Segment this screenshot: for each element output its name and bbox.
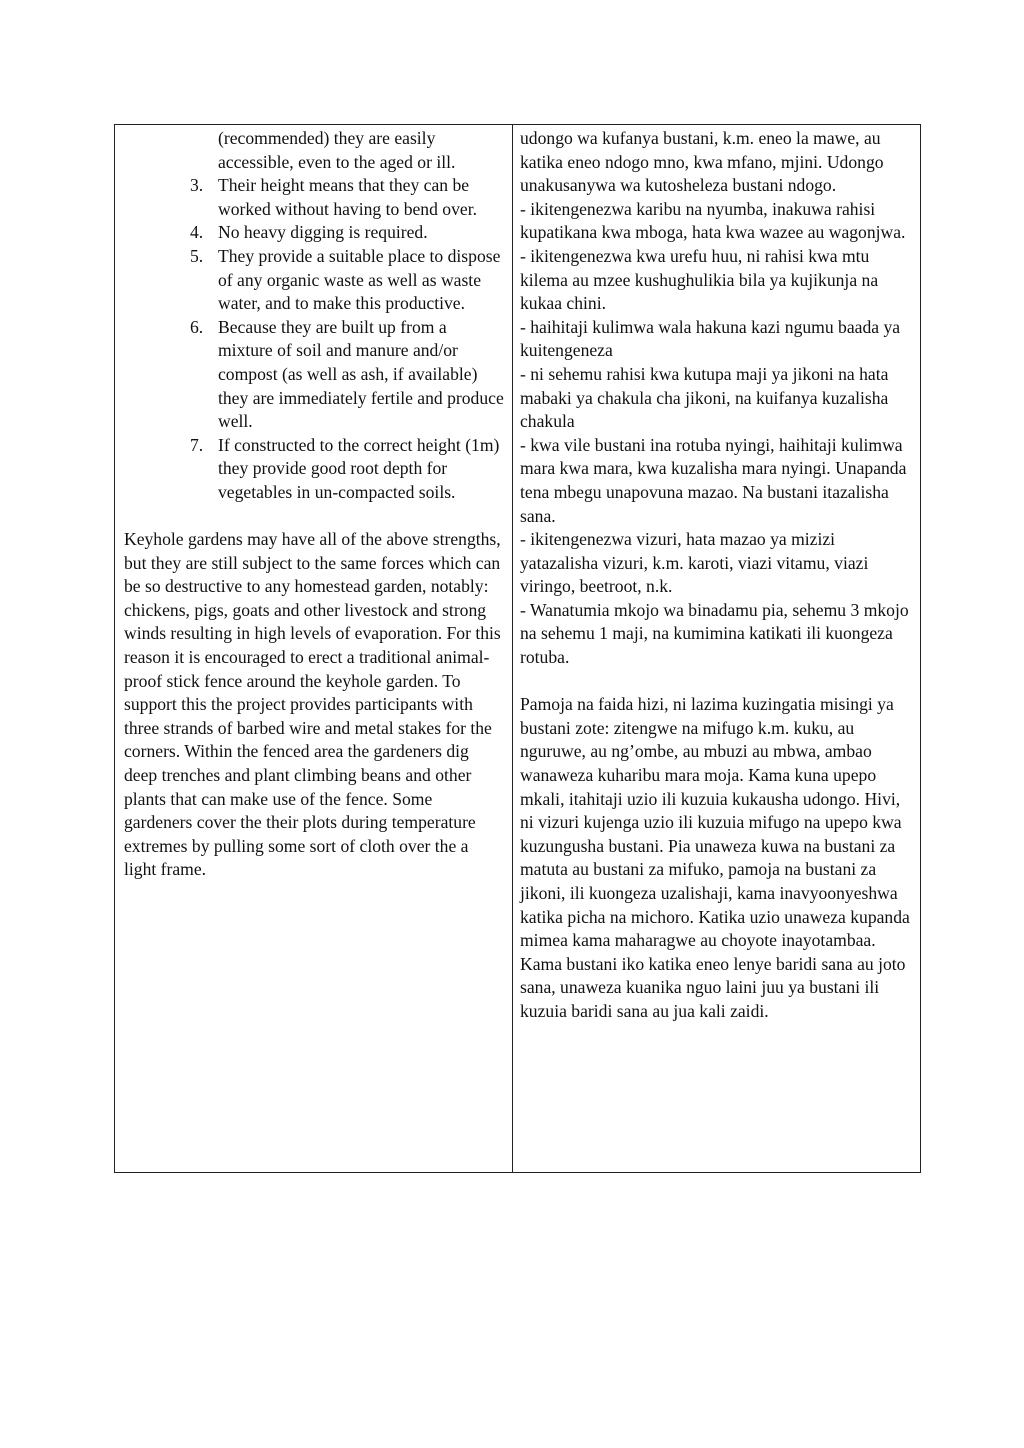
list-number: 6. [190, 316, 203, 340]
list-item-text: Their height means that they can be work… [218, 175, 477, 219]
benefits-list: (recommended) they are easily accessible… [124, 127, 504, 505]
list-item-text: They provide a suitable place to dispose… [218, 246, 500, 313]
list-item: 4. No heavy digging is required. [124, 221, 504, 245]
swahili-paragraph: Pamoja na faida hizi, ni lazima kuzingat… [520, 693, 914, 1023]
list-item: 6. Because they are built up from a mixt… [124, 316, 504, 434]
list-item: (recommended) they are easily accessible… [124, 127, 504, 174]
list-item-text: (recommended) they are easily accessible… [218, 128, 455, 172]
bilingual-table: (recommended) they are easily accessible… [114, 124, 921, 1173]
list-item: 3. Their height means that they can be w… [124, 174, 504, 221]
swahili-line: - Wanatumia mkojo wa binadamu pia, sehem… [520, 599, 914, 670]
list-item-text: Because they are built up from a mixture… [218, 317, 504, 431]
swahili-line: - ikitengenezwa kwa urefu huu, ni rahisi… [520, 245, 914, 316]
list-number: 3. [190, 174, 203, 198]
list-item: 7. If constructed to the correct height … [124, 434, 504, 505]
swahili-line: udongo wa kufanya bustani, k.m. eneo la … [520, 127, 914, 198]
swahili-line: - ikitengenezwa karibu na nyumba, inakuw… [520, 198, 914, 245]
keyhole-paragraph: Keyhole gardens may have all of the abov… [124, 528, 504, 882]
list-number: 7. [190, 434, 203, 458]
swahili-line: - haihitaji kulimwa wala hakuna kazi ngu… [520, 316, 914, 363]
list-item: 5. They provide a suitable place to disp… [124, 245, 504, 316]
swahili-line: - ikitengenezwa vizuri, hata mazao ya mi… [520, 528, 914, 599]
list-item-text: If constructed to the correct height (1m… [218, 435, 499, 502]
swahili-column: udongo wa kufanya bustani, k.m. eneo la … [513, 125, 920, 1172]
list-item-text: No heavy digging is required. [218, 222, 428, 242]
english-column: (recommended) they are easily accessible… [115, 125, 513, 1172]
swahili-line: - ni sehemu rahisi kwa kutupa maji ya ji… [520, 363, 914, 434]
swahili-line: - kwa vile bustani ina rotuba nyingi, ha… [520, 434, 914, 528]
list-number: 4. [190, 221, 203, 245]
list-number: 5. [190, 245, 203, 269]
